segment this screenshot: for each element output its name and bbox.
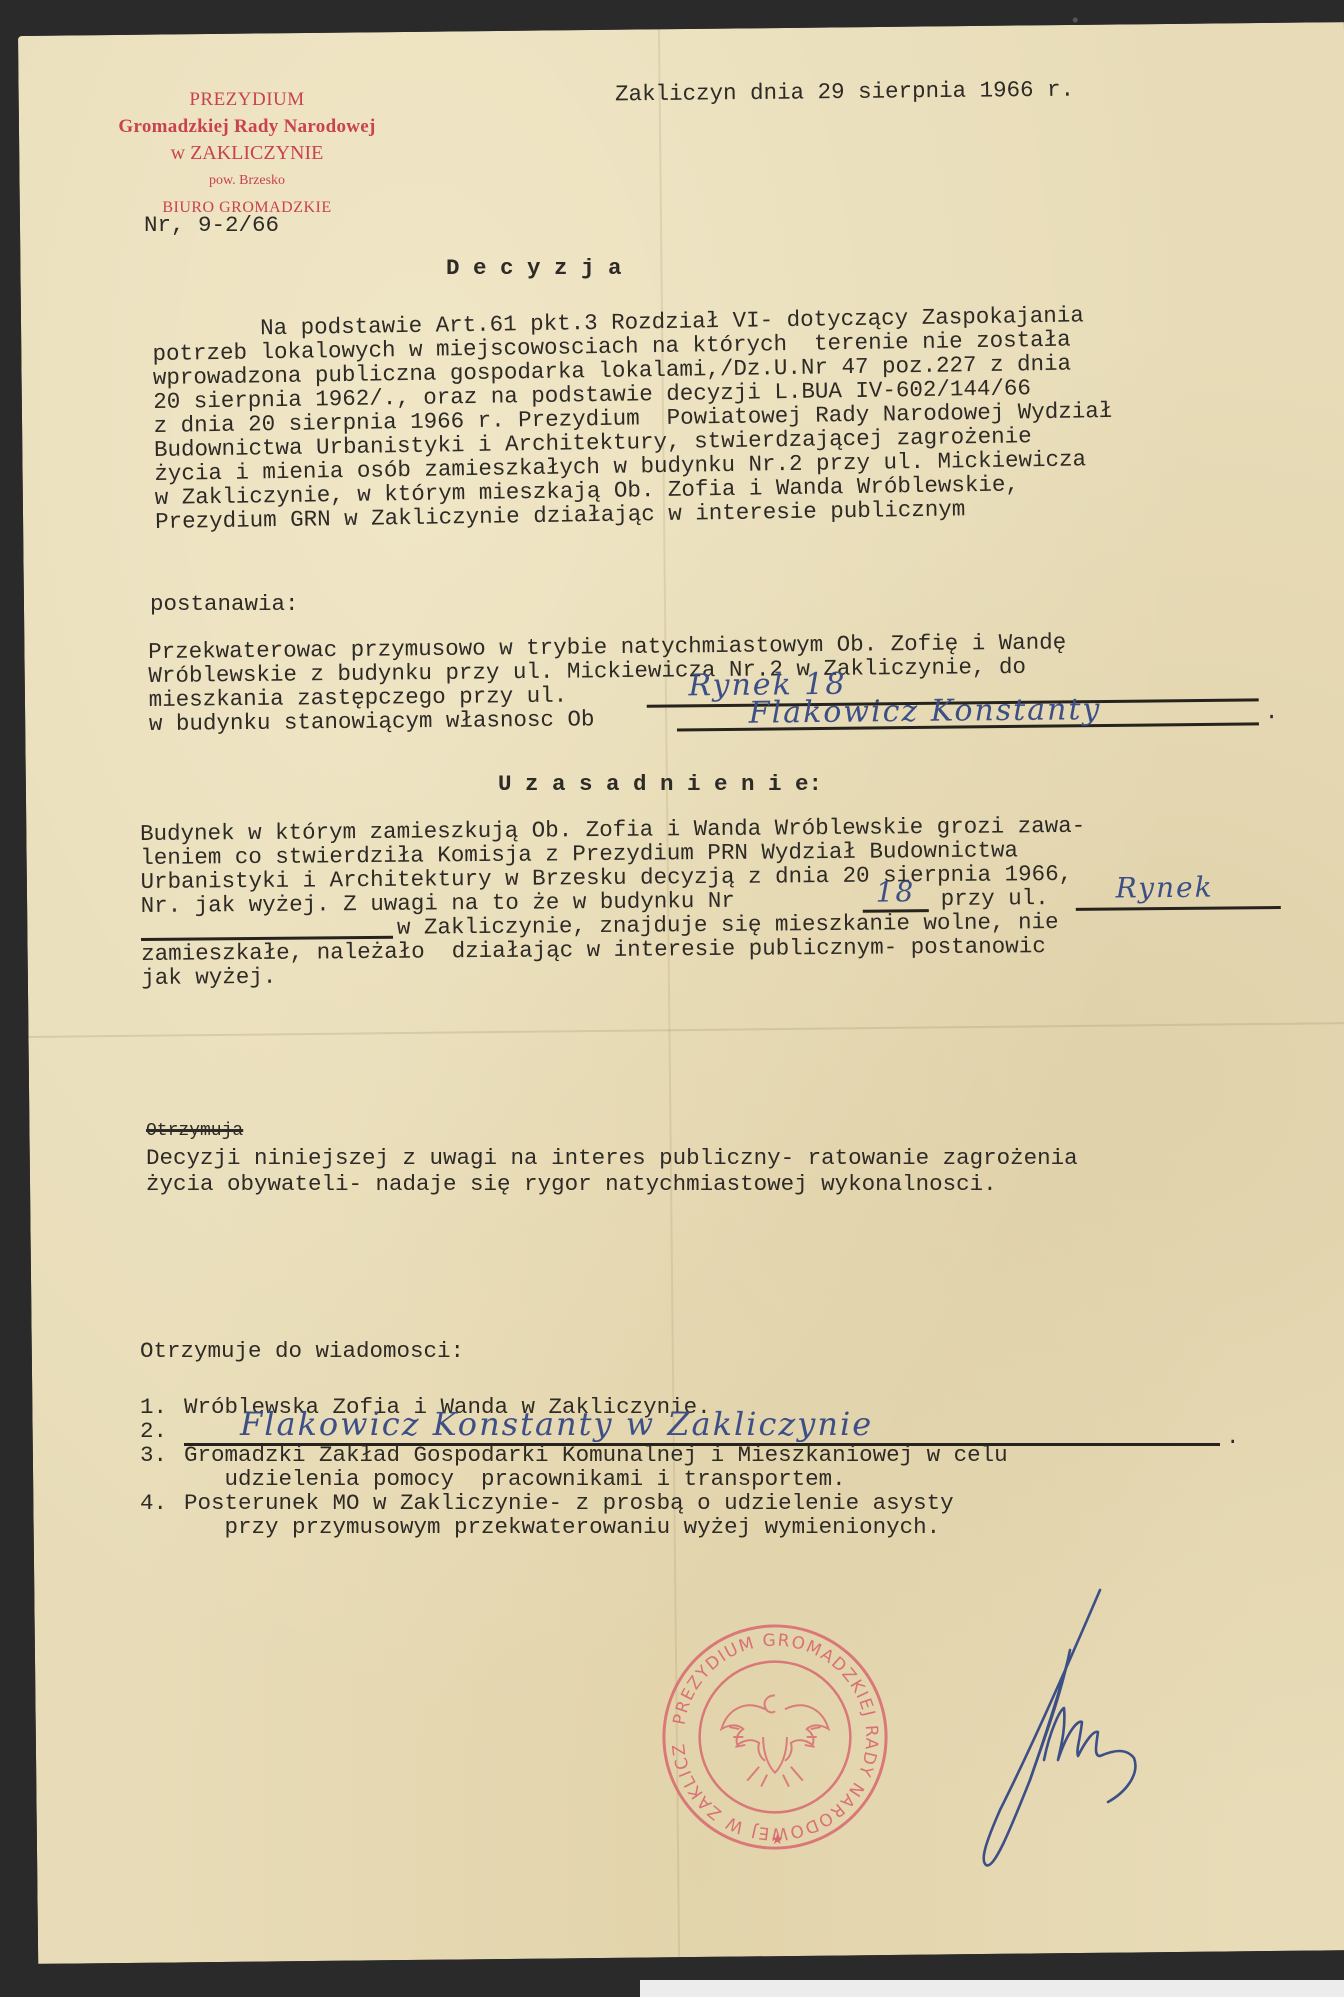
eagle-emblem-icon <box>721 1695 828 1786</box>
background-surface <box>640 1980 1344 1997</box>
preamble: Na podstawie Art.61 pkt.3 Rozdział VI- d… <box>152 303 1114 534</box>
enforcement-line: Decyzji niniejszej z uwagi na interes pu… <box>146 1146 1078 1170</box>
item-text: przy przymusowym przekwaterowaniu wyżej … <box>184 1515 940 1539</box>
letterhead-stamp: PREZYDIUM Gromadzkiej Rady Narodowej w Z… <box>82 86 412 221</box>
recipients-title: Otrzymuje do wiadomosci: <box>140 1339 464 1363</box>
text-line: w budynku stanowiącym własnosc Ob <box>149 706 595 737</box>
resolves-label: postanawia: <box>150 592 299 616</box>
handwritten-number: 18 <box>875 875 915 908</box>
reference-number: Nr, 9-2/66 <box>144 213 279 237</box>
stamp-line: PREZYDIUM <box>82 86 412 113</box>
resolution: Przekwaterowac przymusowo w trybie natyc… <box>148 630 1067 736</box>
item-text: . <box>1226 1425 1240 1449</box>
official-seal-icon: PREZYDIUM GROMADZKIEJ RADY NARODOWEJ W Z… <box>656 1618 894 1856</box>
stamp-line: Gromadzkiej Rady Narodowej <box>82 113 412 140</box>
stamp-line: w ZAKLICZYNIE <box>82 140 412 167</box>
handwritten-owner: Flakowicz Konstanty <box>749 692 1102 731</box>
recipient-item: 4. Posterunek MO w Zakliczynie- z prosbą… <box>140 1491 167 1539</box>
document-title: D e c y z j a <box>446 256 622 280</box>
item-number: 2. <box>140 1418 167 1444</box>
stamp-line: pow. Brzesko <box>82 167 412 194</box>
item-number: 1. <box>140 1394 167 1420</box>
text-line: przy ul. <box>941 886 1049 911</box>
justification: Budynek w którym zamieszkują Ob. Zofia i… <box>140 814 1087 990</box>
signature-icon <box>920 1580 1150 1880</box>
handwritten-recipient: Flakowicz Konstanty w Zakliczynie <box>240 1405 873 1443</box>
text-line: . <box>1265 700 1279 724</box>
enforcement-line: życia obywateli- nadaje się rygor natych… <box>146 1172 997 1196</box>
item-number: 4. <box>140 1490 167 1516</box>
recipient-item: 3. Gromadzki Zakład Gospodarki Komunalne… <box>140 1443 167 1491</box>
handwritten-street: Rynek <box>1115 871 1213 905</box>
fold-crease <box>28 1022 1344 1038</box>
recipient-item: 2. Flakowicz Konstanty w Zakliczynie . <box>140 1419 167 1443</box>
item-text: udzielenia pomocy pracownikami i transpo… <box>184 1467 846 1491</box>
svg-text:★: ★ <box>771 1833 783 1848</box>
recipients-list: 1. Wróblewska Zofia i Wanda w Zakliczyni… <box>140 1395 167 1539</box>
recipient-item: 1. Wróblewska Zofia i Wanda w Zakliczyni… <box>140 1395 167 1419</box>
justification-title: U z a s a d n i e n i e: <box>498 772 822 796</box>
struck-out-word: Otrzymuja <box>146 1119 243 1143</box>
item-text: Gromadzki Zakład Gospodarki Komunalnej i… <box>184 1443 1008 1467</box>
item-text: Posterunek MO w Zakliczynie- z prosbą o … <box>184 1491 954 1515</box>
place-date: Zakliczyn dnia 29 sierpnia 1966 r. <box>615 78 1074 107</box>
item-number: 3. <box>140 1442 167 1468</box>
